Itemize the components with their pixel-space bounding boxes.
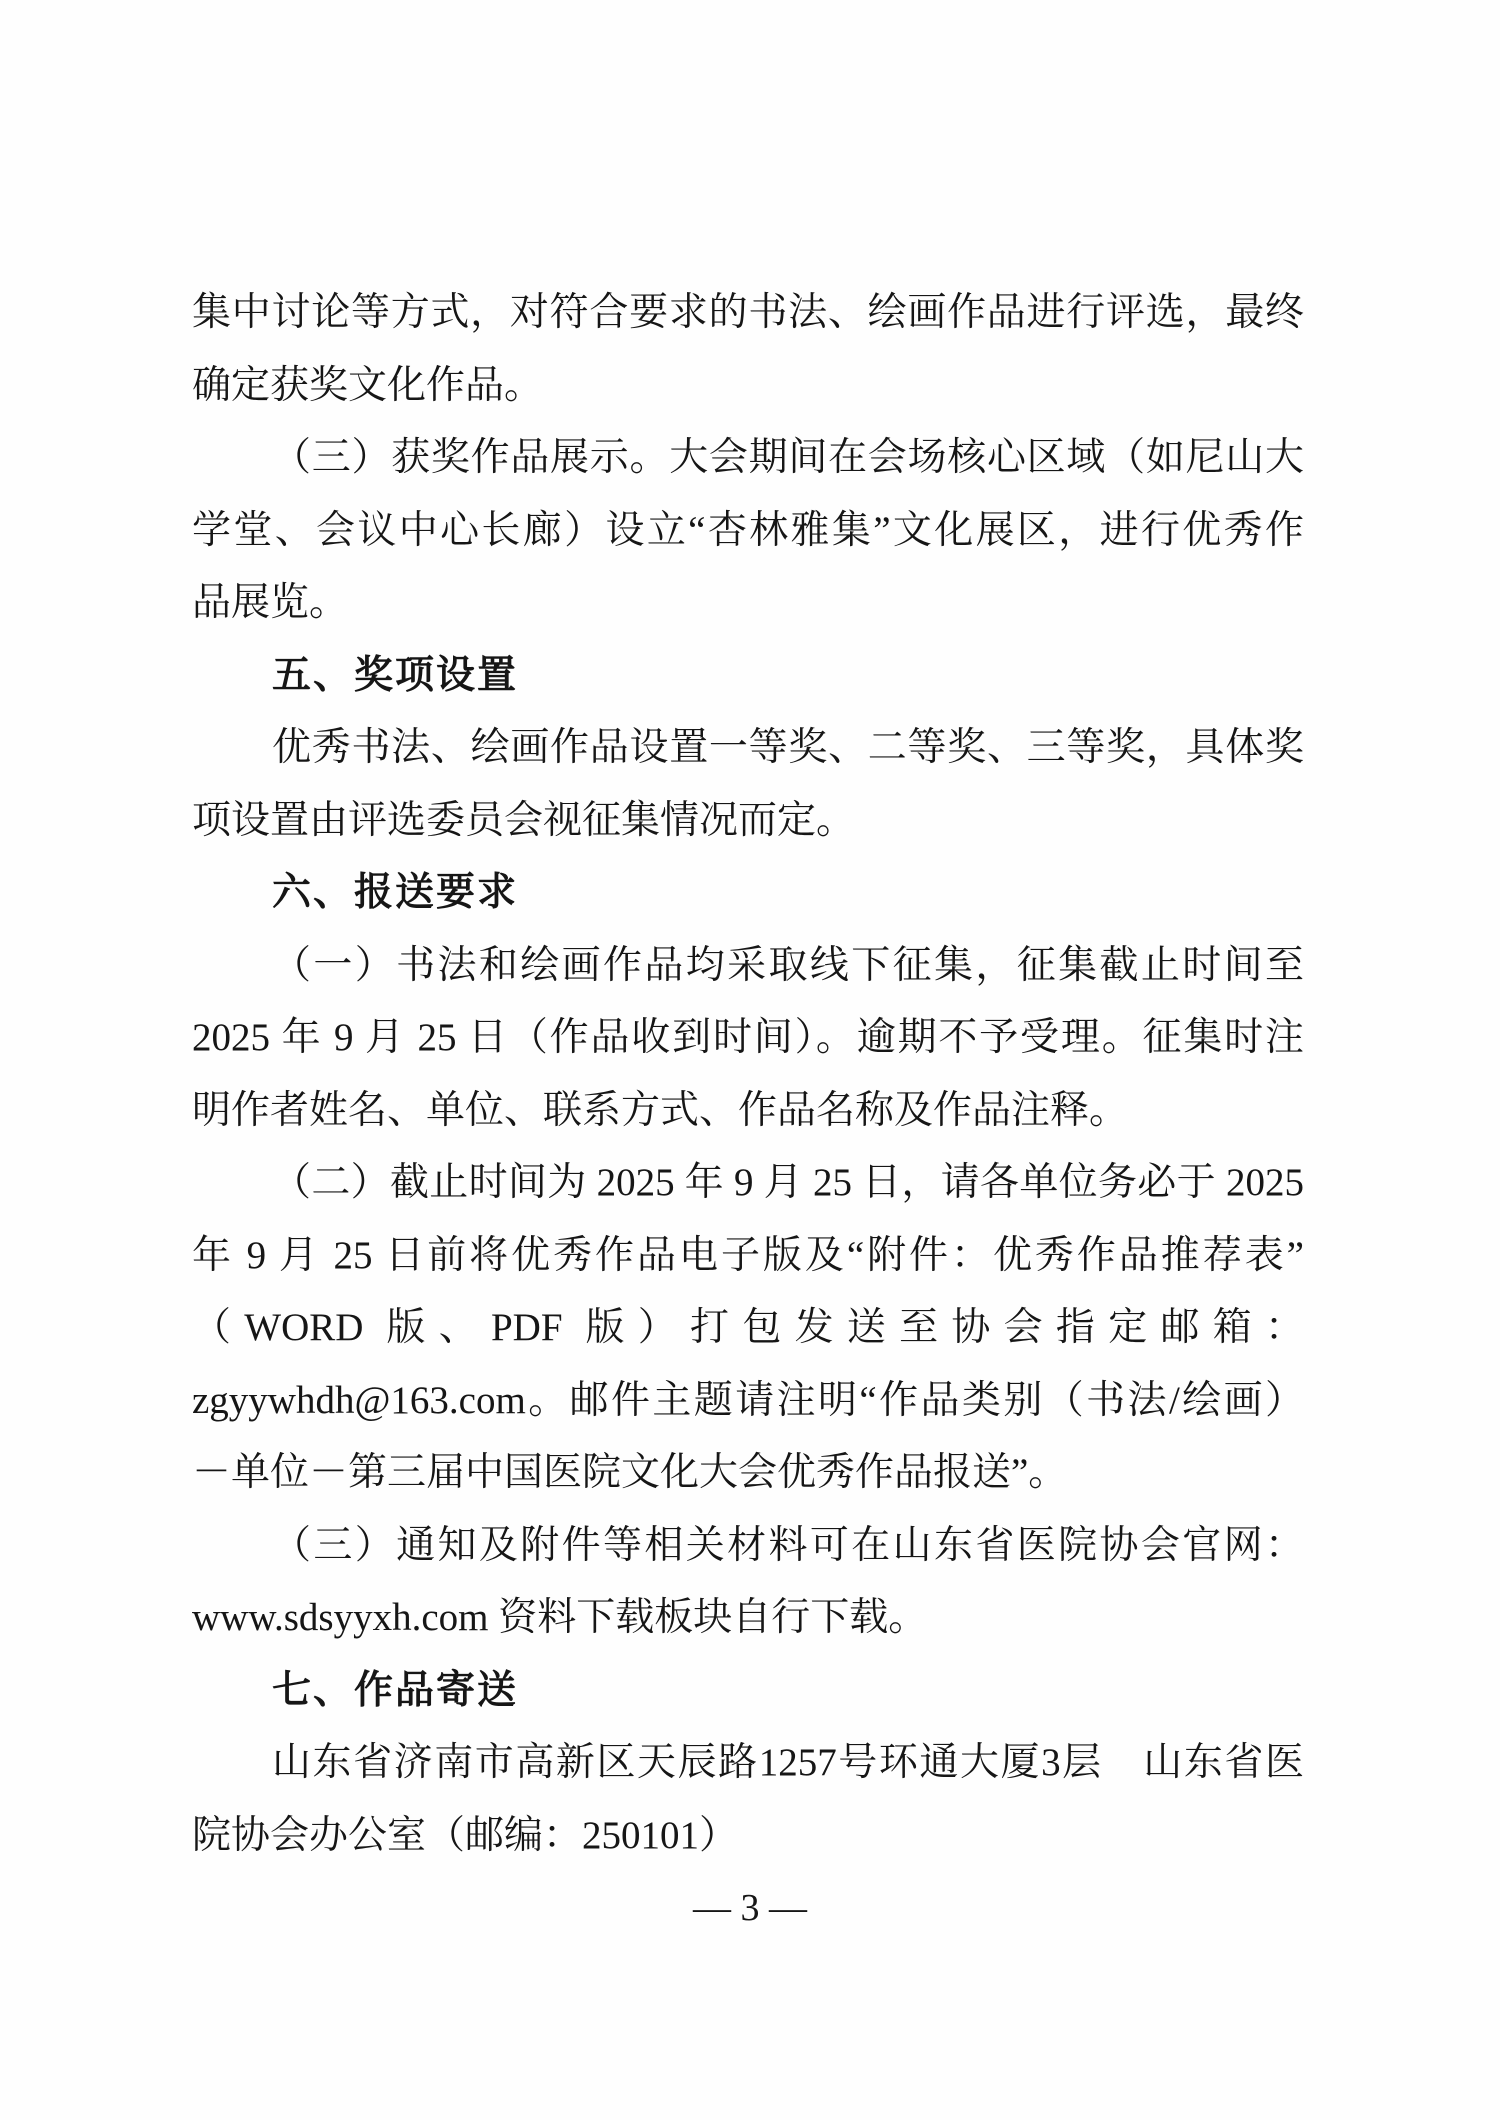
page-number: — 3 —	[0, 1872, 1500, 1945]
text-line: 优秀书法、绘画作品设置一等奖、二等奖、三等奖，具体奖	[192, 712, 1304, 785]
website-url-line: www.sdsyyxh.com 资料下载板块自行下载。	[192, 1582, 1304, 1655]
email-address-line: zgyywhdh@163.com。邮件主题请注明“作品类别（书法/绘画）	[192, 1365, 1304, 1438]
text-line: 明作者姓名、单位、联系方式、作品名称及作品注释。	[192, 1075, 1304, 1148]
deadline-line: 2025 年 9 月 25 日（作品收到时间）。逾期不予受理。征集时注	[192, 1002, 1304, 1075]
address-line: 山东省济南市高新区天辰路1257号环通大厦3层 山东省医	[192, 1727, 1304, 1800]
document-page: 集中讨论等方式，对符合要求的书法、绘画作品进行评选，最终 确定获奖文化作品。 （…	[0, 0, 1500, 2120]
postal-code-line: 院协会办公室（邮编：250101）	[192, 1800, 1304, 1873]
text-line: 学堂、会议中心长廊）设立“杏林雅集”文化展区，进行优秀作	[192, 495, 1304, 568]
paragraph-start-item-3b: （三）通知及附件等相关材料可在山东省医院协会官网：	[192, 1510, 1304, 1583]
mailbox-spaced-line: （WORD 版、PDF 版）打包发送至协会指定邮箱：	[192, 1292, 1304, 1365]
text-line: 集中讨论等方式，对符合要求的书法、绘画作品进行评选，最终	[192, 277, 1304, 350]
paragraph-start-item-2: （二）截止时间为 2025 年 9 月 25 日，请各单位务必于 2025	[192, 1147, 1304, 1220]
text-line: 品展览。	[192, 567, 1304, 640]
text-line: 年 9 月 25 日前将优秀作品电子版及“附件：优秀作品推荐表”	[192, 1220, 1304, 1293]
text-line: 项设置由评选委员会视征集情况而定。	[192, 785, 1304, 858]
paragraph-start-item-3: （三）获奖作品展示。大会期间在会场核心区域（如尼山大	[192, 422, 1304, 495]
section-heading-delivery: 七、作品寄送	[192, 1655, 1304, 1728]
section-heading-submission: 六、报送要求	[192, 857, 1304, 930]
document-body: 集中讨论等方式，对符合要求的书法、绘画作品进行评选，最终 确定获奖文化作品。 （…	[192, 277, 1304, 1872]
text-line: 确定获奖文化作品。	[192, 350, 1304, 423]
paragraph-start-item-1: （一）书法和绘画作品均采取线下征集，征集截止时间至	[192, 930, 1304, 1003]
section-heading-awards: 五、奖项设置	[192, 640, 1304, 713]
text-line: －单位－第三届中国医院文化大会优秀作品报送”。	[192, 1437, 1304, 1510]
